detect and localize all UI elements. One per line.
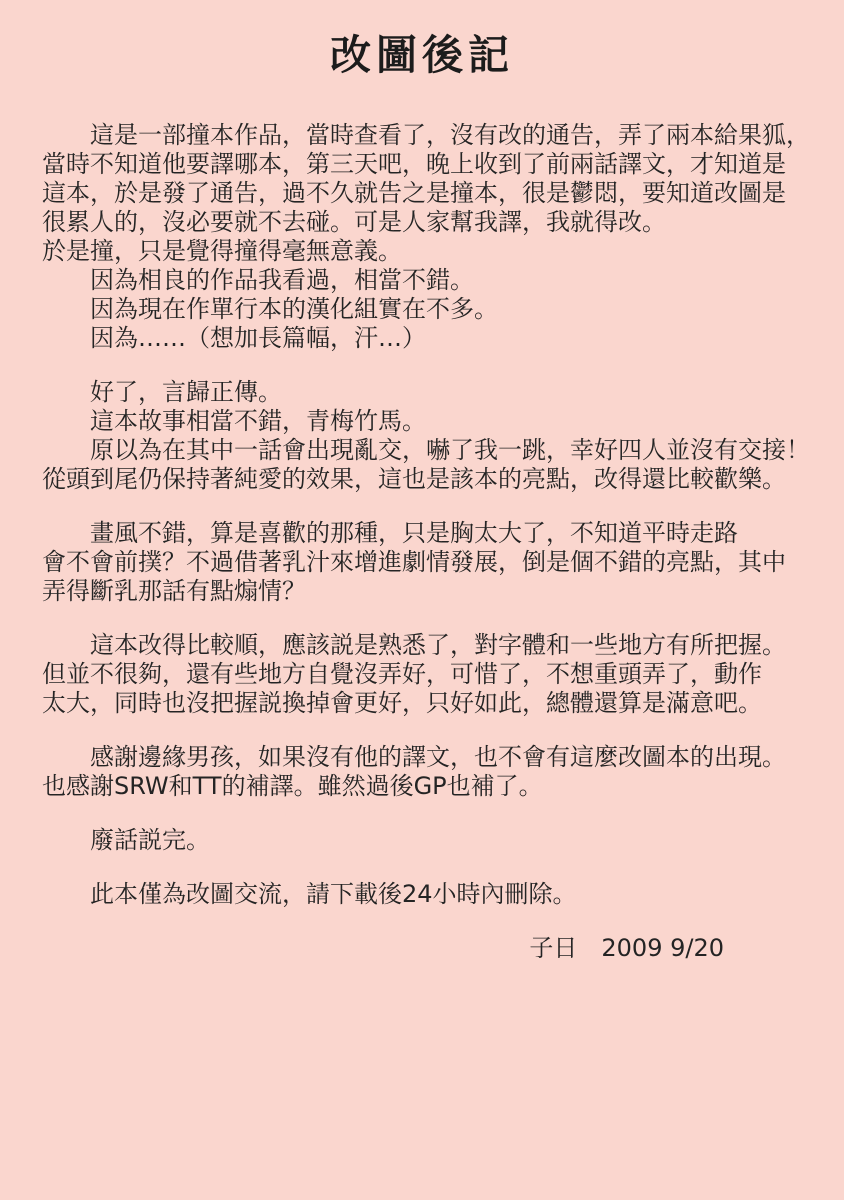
text-line: 原以為在其中一話會出現亂交，嚇了我一跳，幸好四人並沒有交接！ — [42, 436, 804, 465]
paragraph-4: 這本改得比較順，應該説是熟悉了，對字體和一些地方有所把握。 但並不很夠，還有些地… — [42, 631, 804, 718]
text-line: 好了，言歸正傳。 — [42, 378, 804, 407]
text-line: 很累人的，沒必要就不去碰。可是人家幫我譯，我就得改。 — [42, 208, 804, 237]
text-line: 也感謝SRW和TT的補譯。雖然過後GP也補了。 — [42, 772, 804, 801]
text-line: 因為……（想加長篇幅，汗…） — [42, 324, 804, 353]
body-text: 這是一部撞本作品，當時查看了，沒有改的通告，弄了兩本給果狐， 當時不知道他要譯哪… — [42, 121, 804, 963]
paragraph-6: 廢話説完。 — [42, 826, 804, 855]
text-line: 此本僅為改圖交流，請下載後24小時內刪除。 — [42, 880, 804, 909]
text-line: 這本，於是發了通告，過不久就告之是撞本，很是鬱悶，要知道改圖是 — [42, 179, 804, 208]
paragraph-1: 這是一部撞本作品，當時查看了，沒有改的通告，弄了兩本給果狐， 當時不知道他要譯哪… — [42, 121, 804, 353]
text-line: 但並不很夠，還有些地方自覺沒弄好，可惜了，不想重頭弄了，動作 — [42, 660, 804, 689]
text-line: 於是撞，只是覺得撞得毫無意義。 — [42, 237, 804, 266]
text-line: 畫風不錯，算是喜歡的那種，只是胸太大了，不知道平時走路 — [42, 519, 804, 548]
paragraph-3: 畫風不錯，算是喜歡的那種，只是胸太大了，不知道平時走路 會不會前撲？不過借著乳汁… — [42, 519, 804, 606]
text-line: 會不會前撲？不過借著乳汁來增進劇情發展，倒是個不錯的亮點，其中 — [42, 548, 804, 577]
afterword-page: 改圖後記 這是一部撞本作品，當時查看了，沒有改的通告，弄了兩本給果狐， 當時不知… — [0, 0, 844, 1200]
page-title: 改圖後記 — [0, 22, 844, 81]
signature-date: 子日 2009 9/20 — [42, 934, 804, 963]
paragraph-5: 感謝邊緣男孩，如果沒有他的譯文，也不會有這麼改圖本的出現。 也感謝SRW和TT的… — [42, 743, 804, 801]
text-line: 這本改得比較順，應該説是熟悉了，對字體和一些地方有所把握。 — [42, 631, 804, 660]
text-line: 太大，同時也沒把握説換掉會更好，只好如此，總體還算是滿意吧。 — [42, 689, 804, 718]
text-line: 這本故事相當不錯，青梅竹馬。 — [42, 407, 804, 436]
text-line: 廢話説完。 — [42, 826, 804, 855]
text-line: 這是一部撞本作品，當時查看了，沒有改的通告，弄了兩本給果狐， — [42, 121, 804, 150]
text-line: 因為現在作單行本的漢化組實在不多。 — [42, 295, 804, 324]
text-line: 從頭到尾仍保持著純愛的效果，這也是該本的亮點，改得還比較歡樂。 — [42, 465, 804, 494]
paragraph-2: 好了，言歸正傳。 這本故事相當不錯，青梅竹馬。 原以為在其中一話會出現亂交，嚇了… — [42, 378, 804, 494]
paragraph-7: 此本僅為改圖交流，請下載後24小時內刪除。 — [42, 880, 804, 909]
text-line: 弄得斷乳那話有點煽情？ — [42, 577, 804, 606]
text-line: 當時不知道他要譯哪本，第三天吧，晚上收到了前兩話譯文，才知道是 — [42, 150, 804, 179]
text-line: 感謝邊緣男孩，如果沒有他的譯文，也不會有這麼改圖本的出現。 — [42, 743, 804, 772]
text-line: 因為相良的作品我看過，相當不錯。 — [42, 266, 804, 295]
